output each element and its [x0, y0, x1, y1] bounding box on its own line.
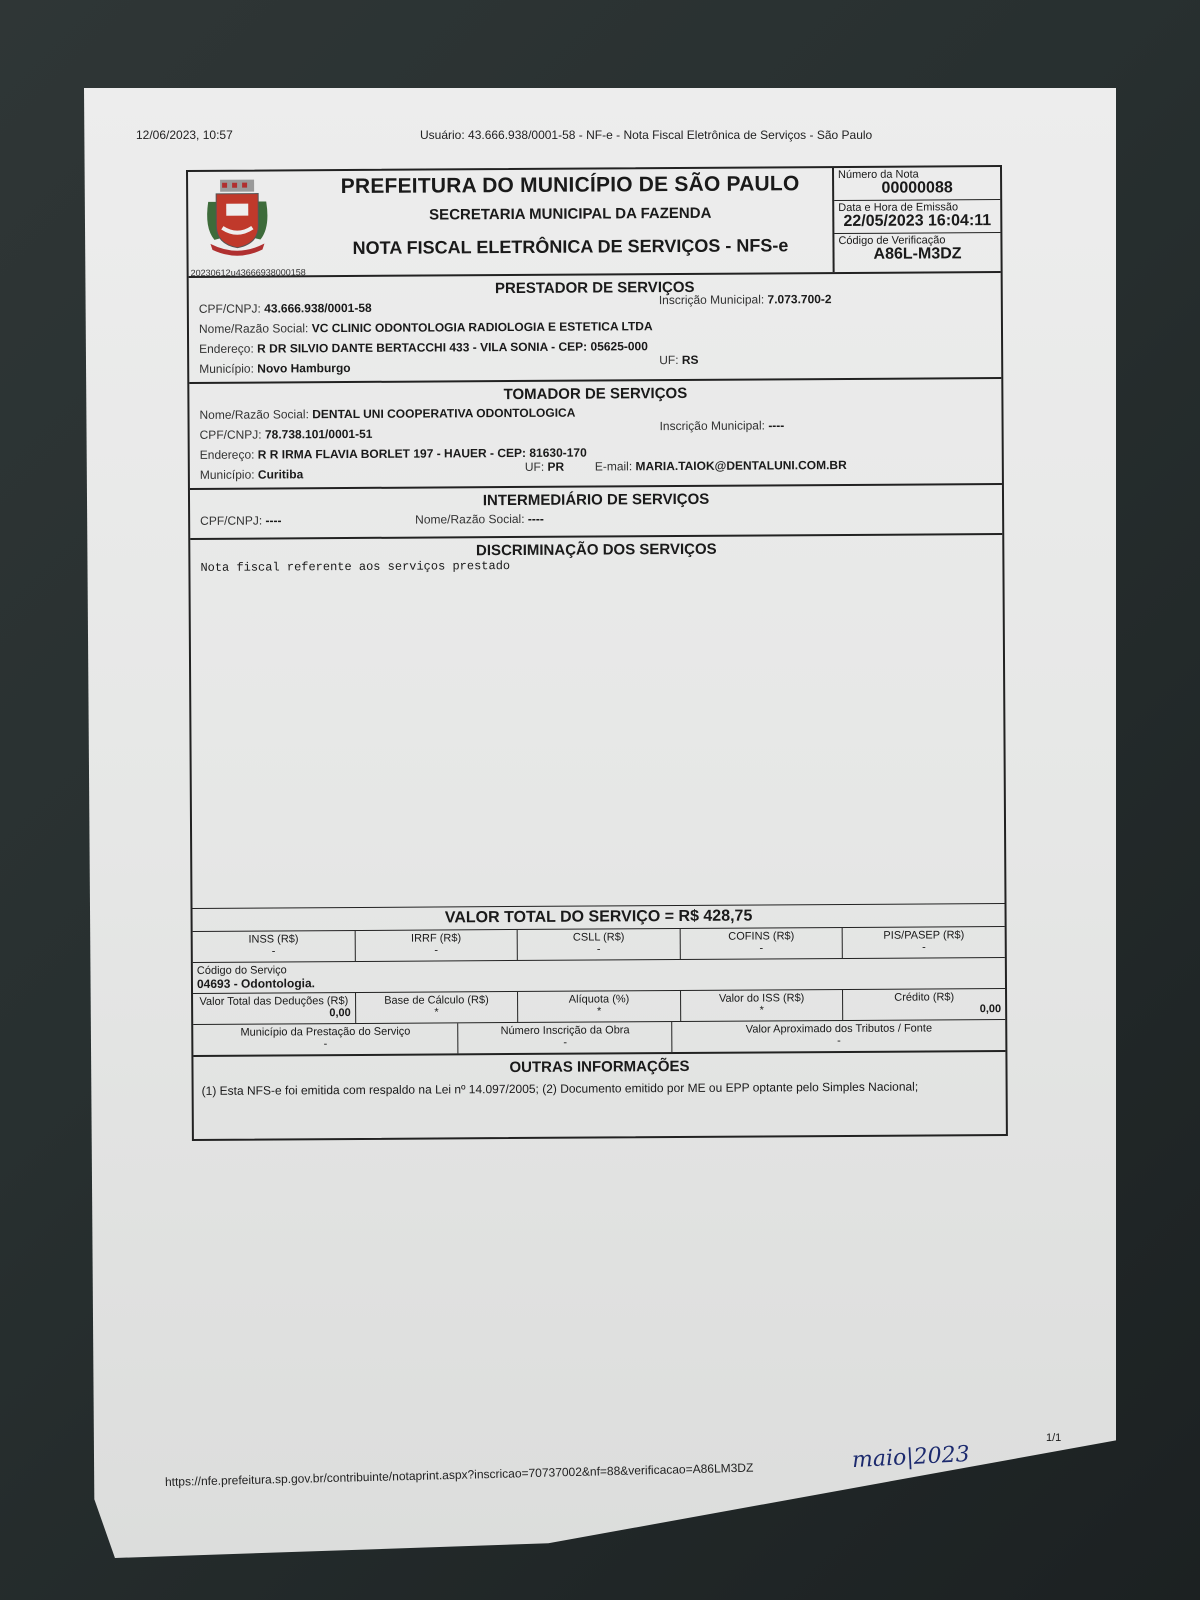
prestador-endereco-label: Endereço:: [199, 342, 254, 356]
calculo-row: Valor Total das Deduções (R$)0,00 Base d…: [193, 989, 1005, 1025]
nota-meta: Número da Nota00000088 Data e Hora de Em…: [832, 167, 1001, 272]
tomador-uf-label: UF:: [525, 460, 544, 474]
inscricao-obra: Número Inscrição da Obra-: [459, 1022, 673, 1053]
barcode-text: 20230612u43666938000158: [191, 267, 306, 278]
prestador-inscricao-label: Inscrição Municipal:: [659, 292, 764, 307]
nfse-document: 20230612u43666938000158 PREFEITURA DO MU…: [186, 165, 1008, 1141]
tomador-nome: DENTAL UNI COOPERATIVA ODONTOLOGICA: [312, 406, 575, 422]
tomador-section: TOMADOR DE SERVIÇOS Nome/Razão Social: D…: [189, 379, 1002, 490]
tributo-pis-pasep: PIS/PASEP (R$)-: [843, 927, 1005, 958]
prestador-uf-label: UF:: [659, 353, 678, 367]
tributos-aproximados: Valor Aproximado dos Tributos / Fonte-: [673, 1020, 1006, 1052]
nfse-header: 20230612u43666938000158 PREFEITURA DO MU…: [188, 167, 1001, 278]
tomador-inscricao: ----: [768, 418, 784, 432]
prestador-nome: VC CLINIC ODONTOLOGIA RADIOLOGIA E ESTET…: [312, 319, 653, 335]
tomador-email-label: E-mail:: [595, 459, 632, 473]
tomador-cnpj: 78.738.101/0001-51: [265, 427, 373, 442]
intermediario-nome: ----: [528, 512, 544, 526]
outras-informacoes: OUTRAS INFORMAÇÕES (1) Esta NFS-e foi em…: [193, 1052, 1005, 1139]
secretaria-title: SECRETARIA MUNICIPAL DA FAZENDA: [308, 204, 832, 224]
prestador-municipio: Novo Hamburgo: [257, 361, 350, 376]
nfse-title: NOTA FISCAL ELETRÔNICA DE SERVIÇOS - NFS…: [308, 235, 832, 259]
outras-title: OUTRAS INFORMAÇÕES: [201, 1056, 997, 1078]
prestador-cnpj: 43.666.938/0001-58: [264, 301, 372, 316]
prestador-nome-label: Nome/Razão Social:: [199, 321, 308, 336]
prestador-endereco: R DR SILVIO DANTE BERTACCHI 433 - VILA S…: [257, 339, 648, 355]
city-crest-icon: [202, 177, 272, 257]
deducoes: Valor Total das Deduções (R$)0,00: [193, 993, 356, 1024]
tomador-inscricao-label: Inscrição Municipal:: [660, 418, 765, 433]
credito: Crédito (R$)0,00: [843, 989, 1005, 1020]
print-title: Usuário: 43.666.938/0001-58 - NF-e - Not…: [420, 128, 872, 142]
tomador-municipio-label: Município:: [200, 468, 255, 482]
tomador-endereco-label: Endereço:: [200, 448, 255, 462]
discriminacao-section: DISCRIMINAÇÃO DOS SERVIÇOS Nota fiscal r…: [190, 535, 1004, 908]
aliquota: Alíquota (%)*: [518, 991, 681, 1022]
tributo-inss: INSS (R$)-: [193, 931, 356, 962]
page-number: 1/1: [1046, 1432, 1061, 1444]
intermediario-cnpj-label: CPF/CNPJ:: [200, 514, 262, 528]
tomador-nome-label: Nome/Razão Social:: [199, 407, 308, 422]
prestador-uf: RS: [682, 353, 699, 367]
base-calculo: Base de Cálculo (R$)*: [356, 992, 519, 1023]
tributos-row: INSS (R$)- IRRF (R$)- CSLL (R$)- COFINS …: [193, 927, 1005, 963]
valor-iss: Valor do ISS (R$)*: [681, 990, 844, 1021]
codigo-servico-label: Código do Serviço: [197, 960, 1001, 977]
tributo-cofins: COFINS (R$)-: [680, 928, 843, 959]
prestador-cnpj-label: CPF/CNPJ:: [199, 302, 261, 316]
intermediario-nome-label: Nome/Razão Social:: [415, 512, 524, 527]
prestador-municipio-label: Município:: [199, 362, 254, 376]
print-datetime: 12/06/2023, 10:57: [136, 128, 233, 142]
tributo-csll: CSLL (R$)-: [518, 929, 681, 960]
tomador-uf: PR: [547, 460, 564, 474]
extra-row: Município da Prestação do Serviço- Númer…: [193, 1020, 1005, 1057]
municipio-prestacao: Município da Prestação do Serviço-: [193, 1023, 458, 1055]
tomador-cnpj-label: CPF/CNPJ:: [200, 428, 262, 442]
numero-nota: 00000088: [838, 180, 996, 197]
brasao: 20230612u43666938000158: [188, 171, 309, 276]
prestador-inscricao: 7.073.700-2: [767, 292, 831, 306]
codigo-servico-value: 04693 - Odontologia.: [197, 976, 315, 991]
tributo-irrf: IRRF (R$)-: [355, 930, 518, 961]
tomador-municipio: Curitiba: [258, 467, 303, 481]
prefeitura-title: PREFEITURA DO MUNICÍPIO DE SÃO PAULO: [308, 172, 832, 199]
intermediario-section: INTERMEDIÁRIO DE SERVIÇOS CPF/CNPJ: ----…: [190, 485, 1002, 540]
data-emissao: 22/05/2023 16:04:11: [838, 213, 996, 230]
codigo-verificacao: A86L-M3DZ: [838, 246, 996, 263]
intermediario-cnpj: ----: [265, 513, 281, 527]
codigo-servico: Código do Serviço 04693 - Odontologia.: [193, 958, 1005, 994]
prestador-section: PRESTADOR DE SERVIÇOS CPF/CNPJ: 43.666.9…: [189, 273, 1002, 384]
outras-text: (1) Esta NFS-e foi emitida com respaldo …: [202, 1079, 998, 1098]
tomador-email: MARIA.TAIOK@DENTALUNI.COM.BR: [635, 458, 846, 473]
